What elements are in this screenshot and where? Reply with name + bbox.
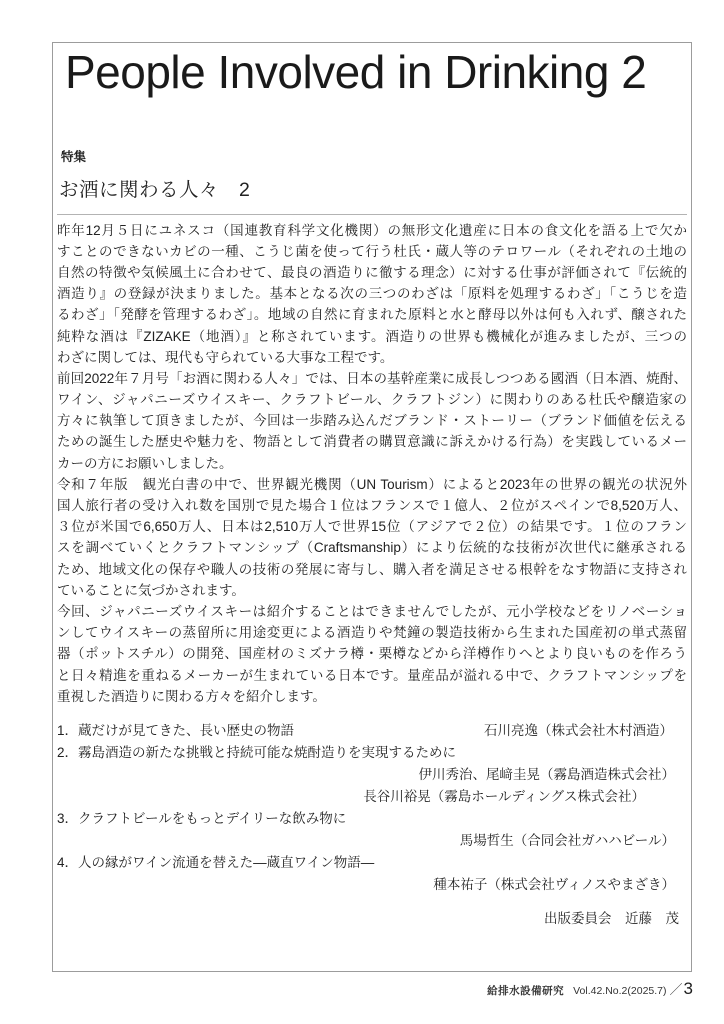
toc-title-row: 1．蔵だけが見てきた、長い歴史の物語石川亮逸（株式会社木村酒造） — [57, 720, 687, 742]
toc-author: 長谷川裕晃（霧島ホールディングス株式会社） — [57, 786, 687, 808]
text-line: 国人旅行者の受け入れ数を国別で見た場合１位はフランスで１億人、２位がスペインで8… — [57, 495, 687, 516]
text-line: すことのできないカビの一種、こうじ菌を使って行う杜氏・蔵人等のテロワール（それぞ… — [57, 241, 687, 262]
toc-item-title: 4．人の縁がワイン流通を替えた―蔵直ワイン物語― — [57, 852, 374, 874]
text-line: カーの方にお願いしました。 — [57, 453, 687, 474]
toc-title-row: 2．霧島酒造の新たな挑戦と持続可能な焼酎造りを実現するために — [57, 742, 687, 764]
text-line: 自然の特徴や気候風土に合わせて、最良の酒造りに徹する理念）に対する仕事が評価され… — [57, 262, 687, 283]
feature-label: 特集 — [61, 147, 687, 165]
toc-title-row: 4．人の縁がワイン流通を替えた―蔵直ワイン物語― — [57, 852, 687, 874]
table-of-contents: 1．蔵だけが見てきた、長い歴史の物語石川亮逸（株式会社木村酒造）2．霧島酒造の新… — [57, 720, 687, 896]
text-line: 前回2022年７月号「お酒に関わる人々」では、日本の基幹産業に成長しつつある國酒… — [57, 368, 687, 389]
heading-divider — [57, 214, 687, 215]
issue-info: Vol.42.No.2(2025.7) — [573, 985, 666, 997]
toc-item-title: 2．霧島酒造の新たな挑戦と持続可能な焼酎造りを実現するために — [57, 742, 456, 764]
text-line: ３位が米国で6,650万人、日本は2,510万人で世界15位（アジアで２位）の結… — [57, 516, 687, 537]
text-line: スを調べていくとクラフトマンシップ（Craftsmanship）により伝統的な技… — [57, 537, 687, 558]
toc-author: 種本祐子（株式会社ヴィノスやまざき） — [57, 874, 687, 896]
text-line: ため、地域文化の保存や職人の技術の発展に寄与し、購入者を満足させる根幹をなす物語… — [57, 559, 687, 580]
toc-item-title: 1．蔵だけが見てきた、長い歴史の物語 — [57, 720, 294, 742]
article-body: 昨年12月５日にユネスコ（国連教育科学文化機関）の無形文化遺産に日本の食文化を語… — [57, 220, 687, 707]
text-line: ンしてウイスキーの蒸留所に用途変更による酒造りや梵鐘の製造技術から生まれた国産初… — [57, 622, 687, 643]
toc-item-title: 3．クラフトビールをもっとデイリーな飲み物に — [57, 808, 346, 830]
article-heading-ja: お酒に関わる人々 2 — [59, 174, 687, 202]
text-line: 純粋な酒は『ZIZAKE（地酒）』と称されています。酒造りの世界も機械化が進みま… — [57, 326, 687, 347]
text-line: わざに関しては、現代も守られている大事な工程です。 — [57, 347, 687, 368]
text-line: 重視した酒造りに関わる方々を紹介します。 — [57, 686, 687, 707]
toc-title-row: 3．クラフトビールをもっとデイリーな飲み物に — [57, 808, 687, 830]
toc-item: 1．蔵だけが見てきた、長い歴史の物語石川亮逸（株式会社木村酒造） — [57, 720, 687, 742]
page-number: 3 — [684, 979, 693, 999]
text-line: 器（ポットスチル）の開発、国産材のミズナラ樽・栗樽などから洋樽作りへとより良いも… — [57, 643, 687, 664]
text-line: 方々に執筆して頂きましたが、今回は一歩踏み込んだブランド・ストーリー（ブランド価… — [57, 410, 687, 431]
page-title: People Involved in Drinking 2 — [65, 47, 687, 98]
text-line: るわざ」「発酵を管理するわざ」。地域の自然に育まれた原料と水と酵母以外は何も入れ… — [57, 304, 687, 325]
text-line: 昨年12月５日にユネスコ（国連教育科学文化機関）の無形文化遺産に日本の食文化を語… — [57, 220, 687, 241]
toc-item: 3．クラフトビールをもっとデイリーな飲み物に馬場哲生（合同会社ガハハビール） — [57, 808, 687, 852]
text-line: 酒造り』の登録が決まりました。基本となる次の三つのわざは「原料を処理するわざ」「… — [57, 283, 687, 304]
text-line: ていることに気づかされます。 — [57, 580, 687, 601]
page-footer: 給排水設備研究 Vol.42.No.2(2025.7) ／ 3 — [487, 979, 693, 999]
toc-author: 伊川秀治、尾﨑圭晃（霧島酒造株式会社） — [57, 764, 687, 786]
text-line: ための誕生した歴史や魅力を、物語として消費者の購買意識に訴えかける行為）を実践し… — [57, 431, 687, 452]
document-page: People Involved in Drinking 2 特集 お酒に関わる人… — [0, 0, 724, 1024]
toc-author: 馬場哲生（合同会社ガハハビール） — [57, 830, 687, 852]
text-line: 今回、ジャパニーズウイスキーは紹介することはできませんでしたが、元小学校などをリ… — [57, 601, 687, 622]
text-line: 令和７年版 観光白書の中で、世界観光機関（UN Tourism）によると2023… — [57, 474, 687, 495]
text-line: と日々精進を重ねるメーカーが生まれている日本です。量産品が溢れる中で、クラフトマ… — [57, 665, 687, 686]
page-number-slash: ／ — [670, 979, 683, 998]
signature: 出版委員会 近藤 茂 — [57, 908, 687, 930]
journal-name: 給排水設備研究 — [487, 983, 564, 998]
article-frame: People Involved in Drinking 2 特集 お酒に関わる人… — [52, 42, 692, 972]
text-line: ワイン、ジャパニーズウイスキー、クラフトビール、クラフトジン）に関わりのある杜氏… — [57, 389, 687, 410]
toc-author: 石川亮逸（株式会社木村酒造） — [484, 720, 687, 742]
toc-item: 4．人の縁がワイン流通を替えた―蔵直ワイン物語―種本祐子（株式会社ヴィノスやまざ… — [57, 852, 687, 896]
toc-item: 2．霧島酒造の新たな挑戦と持続可能な焼酎造りを実現するために伊川秀治、尾﨑圭晃（… — [57, 742, 687, 808]
